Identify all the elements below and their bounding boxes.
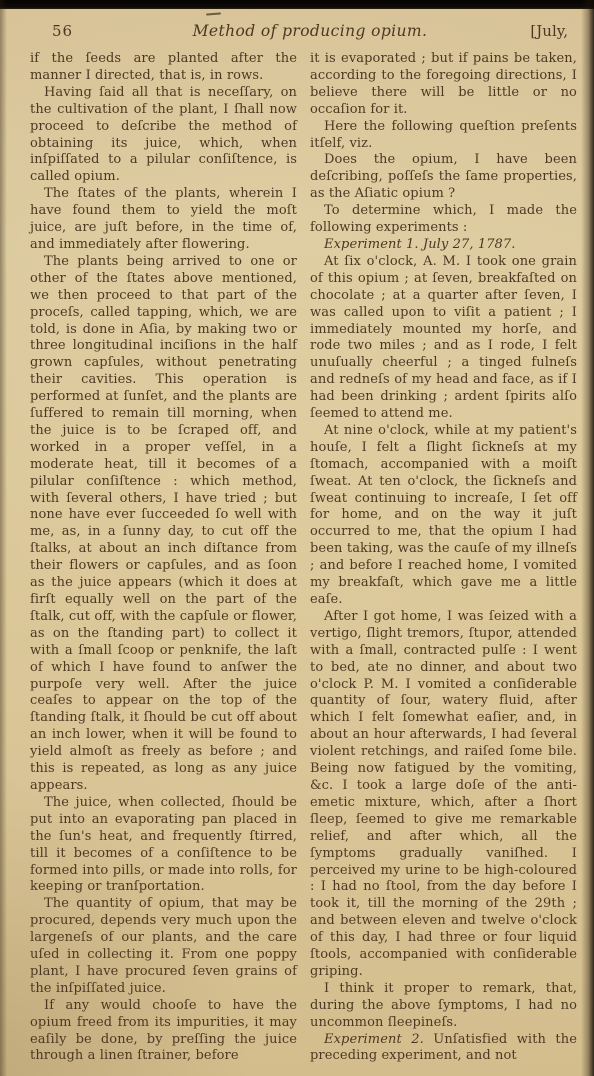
scan-edge-top	[0, 0, 594, 9]
paragraph: At nine o'clock, while at my patient's h…	[310, 423, 577, 609]
paragraph: if the ſeeds are planted after the manne…	[30, 51, 297, 85]
paragraph: Here the following queſtion preſents itſ…	[310, 119, 577, 153]
scan-edge-left	[0, 0, 7, 1076]
paragraph: Experiment 2. Unſatisfied with the prece…	[310, 1032, 577, 1066]
column-right: it is evaporated ; but if pains be taken…	[310, 51, 577, 1076]
paragraph: The juice, when collected, ſhould be put…	[30, 795, 297, 896]
page-header: 56 Method of producing opium. [July,	[0, 22, 594, 40]
paragraph: To determine which, I made the following…	[310, 203, 577, 237]
paragraph: The ſtates of the plants, wherein I have…	[30, 186, 297, 254]
paragraph: At ſix o'clock, A. M. I took one grain o…	[310, 254, 577, 423]
paragraph: Does the opium, I have been deſcribing, …	[310, 152, 577, 203]
ink-smudge	[206, 12, 221, 15]
paragraph: If any would chooſe to have the opium fr…	[30, 998, 297, 1066]
scanned-page: 56 Method of producing opium. [July, if …	[0, 0, 594, 1076]
paragraph: After I got home, I was ſeized with a ve…	[310, 609, 577, 981]
page-title: Method of producing opium.	[193, 22, 428, 40]
experiment-label: Experiment 2.	[324, 1032, 433, 1047]
issue-date: [July,	[530, 22, 568, 40]
column-left: if the ſeeds are planted after the manne…	[30, 51, 297, 1076]
paragraph: Experiment 1. July 27, 1787.	[310, 237, 577, 254]
paragraph: The quantity of opium, that may be procu…	[30, 896, 297, 997]
page-number: 56	[52, 22, 73, 40]
paragraph: I think it proper to remark, that, durin…	[310, 981, 577, 1032]
paragraph: The plants being arrived to one or other…	[30, 254, 297, 795]
paragraph: Having ſaid all that is neceſſary, on th…	[30, 85, 297, 186]
scan-edge-right	[581, 0, 594, 1076]
paragraph: it is evaporated ; but if pains be taken…	[310, 51, 577, 119]
text-columns: if the ſeeds are planted after the manne…	[30, 51, 577, 1076]
